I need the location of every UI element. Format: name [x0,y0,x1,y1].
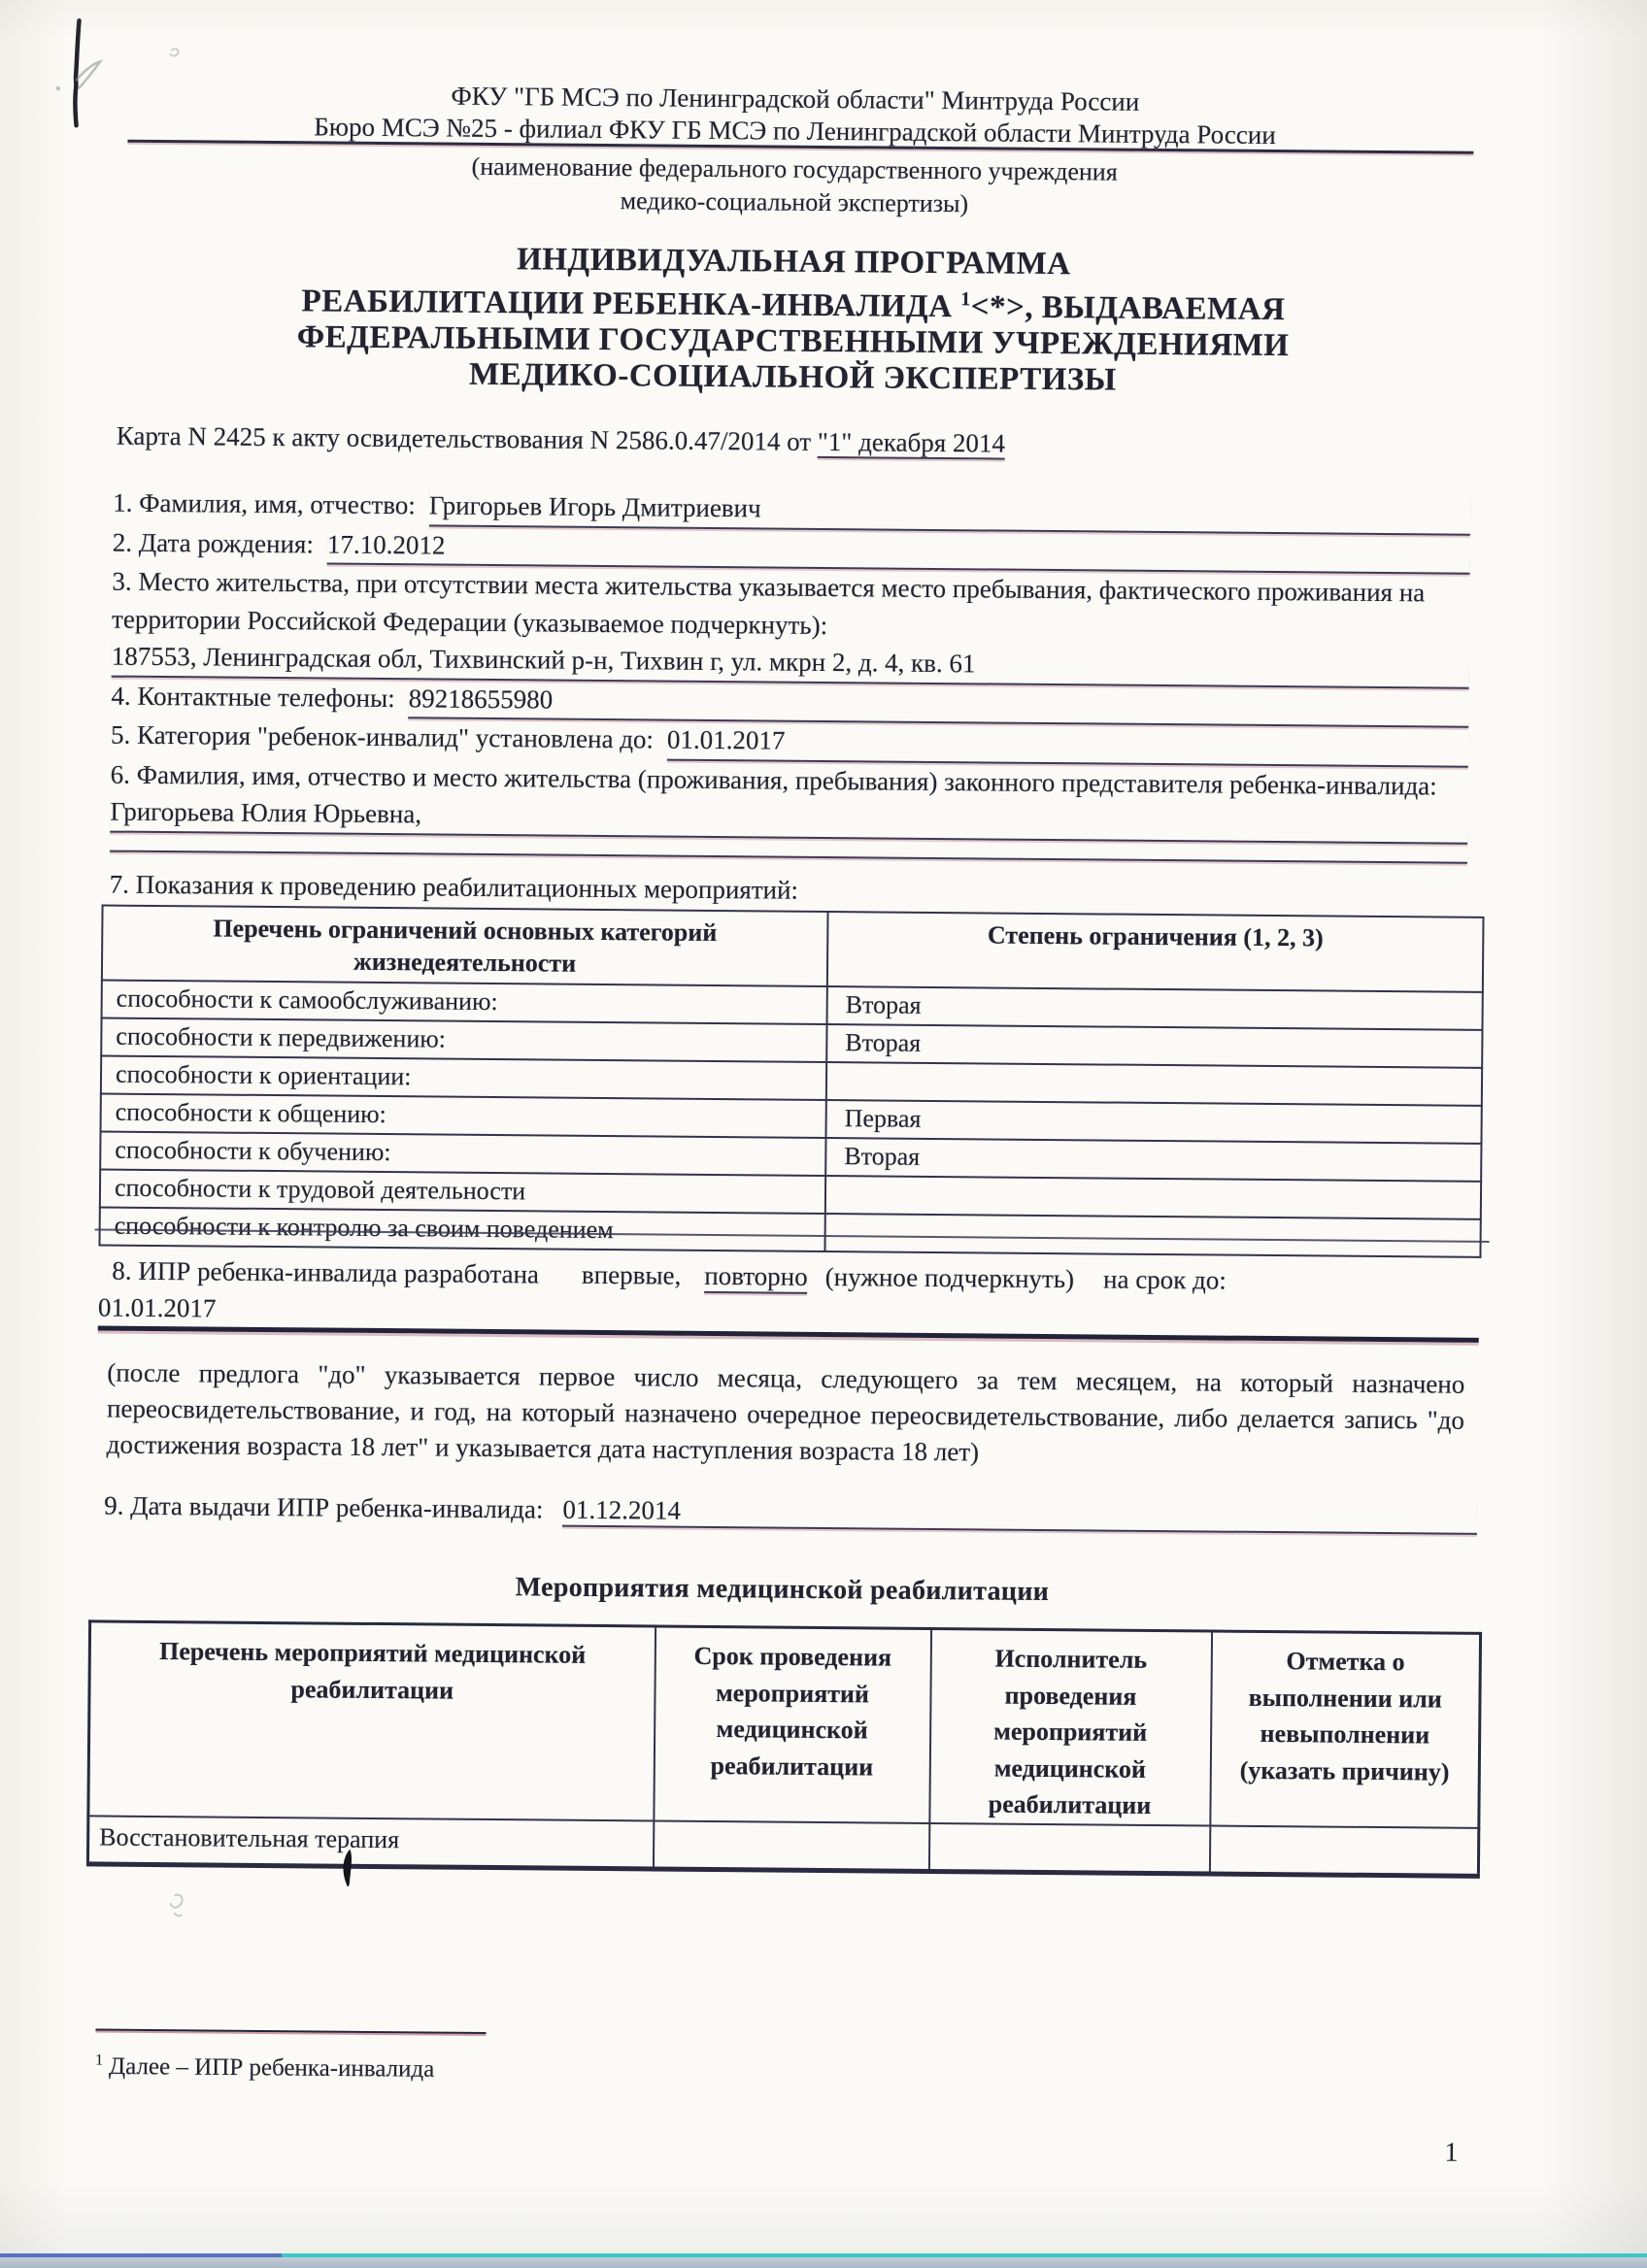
ipr-issue-date-value: 01.12.2014 [562,1495,1477,1535]
medical-rehab-measure: Восстановительная терапия [87,1816,653,1869]
page-number: 1 [1444,2138,1458,2169]
card-number-line: Карта N 2425 к акту освидетельствования … [117,421,1474,463]
medical-rehab-col1-header: Перечень мероприятий медицинской реабили… [88,1621,655,1820]
card-date-underlined: "1" декабря 2014 [818,427,1005,460]
medical-rehab-table: Перечень мероприятий медицинской реабили… [86,1619,1482,1878]
limitations-col-degree-header: Степень ограничения (1, 2, 3) [827,912,1484,992]
limitation-degree [825,1176,1481,1219]
ipr-developed-prefix: 8. ИПР ребенка-инвалида разработана [112,1256,539,1290]
document-title: ИНДИВИДУАЛЬНАЯ ПРОГРАММА РЕАБИЛИТАЦИИ РЕ… [114,239,1472,402]
ipr-option-repeat-underlined: повторно [704,1261,808,1294]
limitations-col-categories-header: Перечень ограничений основных категорий … [102,906,828,987]
footnote-ref-superscript: 1 [960,288,971,310]
field-full-name-label: 1. Фамилия, имя, отчество: [113,484,416,524]
scan-edge-strip [0,2257,1647,2268]
ipr-option-first: впервые, [582,1260,682,1291]
medical-rehab-section-title: Мероприятия медицинской реабилитации [103,1569,1461,1612]
limitation-category: способности к обучению: [100,1131,825,1176]
medical-rehab-col2-header: Срок проведения мероприятий медицинской … [654,1626,931,1822]
faint-pencil-mark [166,1889,191,1918]
limitation-degree: Вторая [826,1024,1482,1068]
scanned-document-page: ФКУ "ГБ МСЭ по Ленинградской области" Ми… [0,0,1647,2268]
limitation-category: способности к трудовой деятельности [100,1169,825,1214]
medical-rehab-mark [1209,1825,1478,1876]
limitation-category: способности к самообслуживанию: [102,980,827,1024]
limitation-category: способности к ориентации: [101,1055,826,1100]
footnote-divider [95,2028,486,2034]
card-number-text: Карта N 2425 к акту освидетельствования … [117,421,818,456]
personal-fields-block: 1. Фамилия, имя, отчество: Григорьев Иго… [110,484,1470,864]
field-phone-label: 4. Контактные телефоны: [111,677,395,717]
limitations-table: Перечень ограничений основных категорий … [98,904,1484,1257]
field-category-until-label: 5. Категория "ребенок-инвалид" установле… [111,717,654,758]
ipr-issue-date-line: 9. Дата выдачи ИПР ребенка-инвалида: 01.… [104,1491,1477,1535]
ipr-valid-until-value: 01.01.2017 [98,1292,217,1323]
ink-blot-mark [334,1846,363,1888]
medical-rehab-term [653,1820,928,1871]
scan-bottom-edge [0,2253,1647,2268]
limitation-degree: Первая [825,1100,1481,1144]
limitation-category: способности к общению: [101,1093,826,1138]
ipr-valid-until-underline [98,1325,1479,1342]
ipr-issue-date-label: 9. Дата выдачи ИПР ребенка-инвалида: [104,1491,544,1525]
footnote-number: 1 [95,2051,103,2068]
footnote-text: 1Далее – ИПР ребенка-инвалида [95,2051,969,2087]
limitation-degree [826,1062,1482,1106]
ipr-developed-line: 8. ИПР ребенка-инвалида разработана впер… [112,1256,1463,1300]
limitations-header-row: Перечень ограничений основных категорий … [102,906,1484,992]
ipr-suffix: на срок до: [1103,1265,1227,1296]
medical-rehab-header-row: Перечень мероприятий медицинской реабили… [88,1621,1481,1827]
ipr-note-paragraph: (после предлога "до" указывается первое … [107,1355,1465,1475]
ipr-parenthetical: (нужное подчеркнуть) [825,1262,1075,1294]
limitation-degree: Вторая [827,986,1483,1030]
limitation-category: способности к передвижению: [101,1017,826,1062]
field-residence-label: 3. Место жительства, при отсутствии мест… [112,563,1470,650]
limitation-degree: Вторая [825,1138,1481,1182]
field-category-until-value: 01.01.2017 [667,721,1468,768]
medical-rehab-executor [928,1822,1209,1873]
medical-rehab-col3-header: Исполнитель проведения мероприятий медиц… [929,1628,1212,1825]
field-birth-date-label: 2. Дата рождения: [113,523,314,562]
medical-rehab-col4-header: Отметка о выполнении или невыполнении (у… [1210,1631,1481,1827]
